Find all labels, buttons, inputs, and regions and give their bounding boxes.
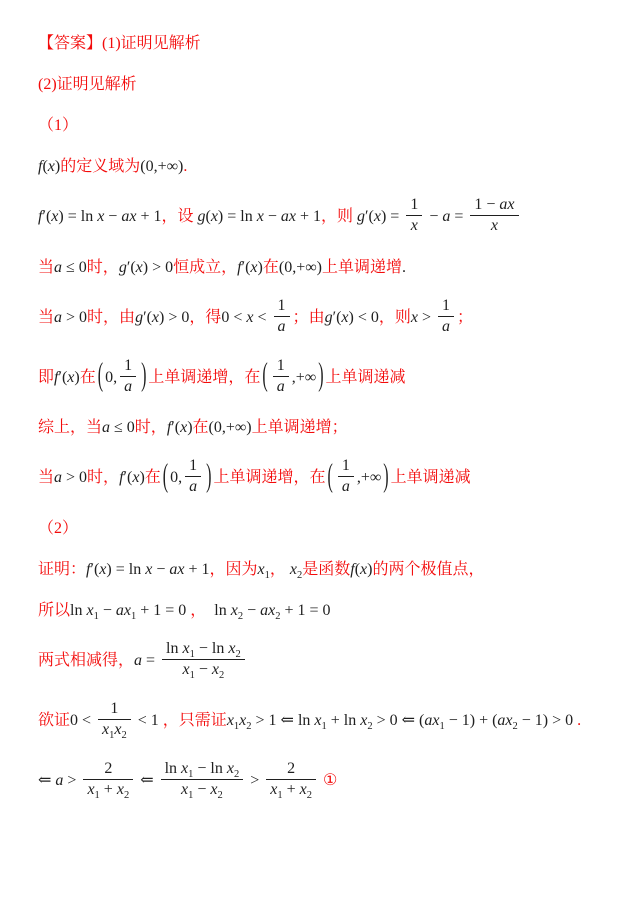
fraction-denominator: x1 − x2 xyxy=(161,780,244,799)
math-text-run: ax xyxy=(121,208,136,225)
math-text-run: − ln xyxy=(193,760,226,777)
solution-line-final-implication: ⇐ a > 2x1 + x2 ⇐ ln x1 − ln x2x1 − x2 > … xyxy=(38,762,614,801)
math-text-run: + 1 xyxy=(296,208,321,225)
label-text-run: 时， xyxy=(135,419,167,436)
label-text-run: ， xyxy=(186,602,206,619)
math-text-run: 1 xyxy=(410,196,418,213)
math-text-run: − 1) + ( xyxy=(445,712,498,729)
math-text-run: ) = ln xyxy=(106,561,145,578)
math-text-run: x xyxy=(231,602,238,619)
fraction-numerator: 1 xyxy=(273,357,289,377)
math-text-run: 1 xyxy=(189,457,197,474)
math-text-run: x xyxy=(411,217,418,234)
math-text-run: ax xyxy=(424,712,439,729)
math-text-run: ′( xyxy=(58,369,67,386)
label-text-run: 上单调递减 xyxy=(326,369,406,386)
fraction-numerator: 1 − ax xyxy=(470,196,518,216)
fraction-denominator: a xyxy=(338,477,354,496)
math-text-run: > xyxy=(246,772,263,789)
math-text-run: x xyxy=(290,561,297,578)
solution-line-domain-line: f(x)的定义域为(0,+∞). xyxy=(38,157,614,177)
fraction-numerator: 1 xyxy=(185,457,201,477)
math-text-run: x xyxy=(411,309,418,326)
math-text-run: ′( xyxy=(127,259,136,276)
big-paren: ( xyxy=(98,356,103,397)
math-text-run: < 1 xyxy=(134,712,159,729)
math-text-run: ⇐ xyxy=(38,772,55,789)
math-text-run: ax xyxy=(281,208,296,225)
math-text-run: − xyxy=(104,208,121,225)
math-text-run: ′( xyxy=(42,208,51,225)
math-text-run: 1 − xyxy=(474,196,499,213)
label-text-run: 即 xyxy=(38,369,54,386)
fraction: 1a xyxy=(273,357,289,396)
label-text-run: 所以 xyxy=(38,602,70,619)
label-text-run: 在 xyxy=(80,369,96,386)
math-text-run: x xyxy=(86,602,93,619)
solution-line-answer-header: 【答案】(1)证明见解析 xyxy=(38,34,614,54)
math-text-run: a xyxy=(54,309,62,326)
fraction: 2x1 + x2 xyxy=(83,760,133,799)
big-paren: ) xyxy=(383,457,388,498)
math-text-run: x xyxy=(491,217,498,234)
math-text-run: x xyxy=(250,259,257,276)
fraction-numerator: ln x1 − ln x2 xyxy=(161,760,244,780)
big-paren: ( xyxy=(327,457,332,498)
math-text-run: ax xyxy=(499,196,514,213)
math-text-run: 1 xyxy=(124,357,132,374)
subscript: 2 xyxy=(122,730,127,741)
math-text-run: − 1) > 0 xyxy=(518,712,573,729)
math-text-run: ′( xyxy=(365,208,374,225)
math-text-run: x xyxy=(314,712,321,729)
math-text-run: x xyxy=(48,158,55,175)
big-paren: ) xyxy=(141,356,146,397)
math-text-run: g xyxy=(357,208,365,225)
fraction-numerator: 2 xyxy=(266,760,316,780)
math-text-run: x xyxy=(227,712,234,729)
math-text-run: + 1 xyxy=(136,208,161,225)
math-text-run: 0 < xyxy=(70,712,95,729)
label-text-run: 是函数 xyxy=(302,561,350,578)
label-text-run: 当 xyxy=(38,309,54,326)
big-paren: ( xyxy=(163,457,168,498)
solution-line-proof-setup: 证明：f′(x) = ln x − ax + 1，因为x1， x2是函数f(x)… xyxy=(38,560,614,580)
solution-line-summary-a-gt-0: 当a > 0时，f′(x)在(0,1a)上单调递增，在(1a,+∞)上单调递减 xyxy=(38,459,614,498)
fraction-denominator: a xyxy=(274,317,290,336)
label-text-run: ， xyxy=(270,561,290,578)
math-text-run: 2 xyxy=(287,760,295,777)
fraction: 1a xyxy=(274,297,290,336)
math-text-run: a xyxy=(277,378,285,395)
math-text-run: + 1 = 0 xyxy=(136,602,186,619)
math-text-run: ,+∞ xyxy=(292,369,316,386)
math-text-run: < xyxy=(254,309,271,326)
math-text-run: ln xyxy=(70,602,86,619)
fraction-numerator: 1 xyxy=(98,700,131,720)
math-text-run: a xyxy=(278,318,286,335)
math-text-run: (0,+∞) xyxy=(140,158,183,175)
label-text-run: ； xyxy=(293,309,309,326)
math-text-run: x xyxy=(258,561,265,578)
fraction-denominator: x1 + x2 xyxy=(266,780,316,799)
math-text-run: a xyxy=(102,419,110,436)
label-text-run: 在 xyxy=(263,259,279,276)
label-text-run: 上单调递增 xyxy=(322,259,402,276)
math-text-run: g xyxy=(119,259,127,276)
math-text-run: ) > 0 xyxy=(159,309,189,326)
label-text-run: 上单调递减 xyxy=(391,470,471,487)
math-text-run: + ln xyxy=(327,712,360,729)
label-text-run: ，则 xyxy=(379,309,411,326)
label-text-run: 在 xyxy=(145,470,161,487)
math-text-run: ′( xyxy=(171,419,180,436)
math-text-run: x xyxy=(212,661,219,678)
math-text-run: ≤ 0 xyxy=(110,419,135,436)
fraction-denominator: x1x2 xyxy=(98,720,131,739)
label-text-run: 在 xyxy=(309,470,325,487)
math-text-run: x xyxy=(257,208,264,225)
math-text-run: 1 xyxy=(442,297,450,314)
solution-line-case-a-gt-0: 当a > 0时，由g′(x) > 0，得0 < x < 1a；由g′(x) < … xyxy=(38,299,614,338)
math-text-run: a xyxy=(342,478,350,495)
math-text-run: − xyxy=(264,208,281,225)
solution-line-monotonicity-intervals: 即f′(x)在(0,1a)上单调递增，在(1a,+∞)上单调递减 xyxy=(38,359,614,398)
math-text-run: a xyxy=(124,378,132,395)
math-text-run: 0 < xyxy=(221,309,246,326)
math-text-run: 1 xyxy=(278,297,286,314)
math-text-run: x xyxy=(210,781,217,798)
fraction-numerator: 1 xyxy=(406,196,422,216)
fraction-numerator: 1 xyxy=(120,357,136,377)
math-text-run: x xyxy=(211,208,218,225)
solution-line-part1-label: （1） xyxy=(38,116,614,136)
math-text-run: x xyxy=(300,781,307,798)
math-text-run: x xyxy=(374,208,381,225)
solution-line-derivative-line: f′(x) = ln x − ax + 1，设 g(x) = ln x − ax… xyxy=(38,198,614,237)
label-text-run: 综上，当 xyxy=(38,419,102,436)
math-text-run: g xyxy=(135,309,143,326)
math-text-run: − xyxy=(193,781,210,798)
math-text-run: − xyxy=(243,602,260,619)
fraction-numerator: ln x1 − ln x2 xyxy=(162,640,245,660)
subscript: 2 xyxy=(234,769,239,780)
math-text-run: = xyxy=(142,652,159,669)
label-text-run: 的两个极值点， xyxy=(372,561,484,578)
math-text-run: x xyxy=(246,309,253,326)
math-text-run: ) < 0 xyxy=(349,309,379,326)
math-text-run: a xyxy=(54,259,62,276)
math-text-run: 1 xyxy=(277,357,285,374)
math-text-run: a xyxy=(134,652,142,669)
label-text-run: ； xyxy=(457,309,473,326)
big-paren: ) xyxy=(206,457,211,498)
math-text-run: ⇐ xyxy=(136,772,157,789)
fraction-denominator: x1 − x2 xyxy=(162,660,245,679)
math-text-run: x xyxy=(87,781,94,798)
fraction: 1a xyxy=(438,297,454,336)
math-text-run: ax xyxy=(169,561,184,578)
math-text-run: > xyxy=(63,772,80,789)
fraction-numerator: 1 xyxy=(274,297,290,317)
subscript: 2 xyxy=(124,790,129,801)
label-text-run: 上单调递增， xyxy=(213,470,309,487)
solution-line-subtract-equations: 两式相减得，a = ln x1 − ln x2x1 − x2 xyxy=(38,642,614,681)
subscript: 2 xyxy=(219,670,224,681)
subscript: 2 xyxy=(307,790,312,801)
math-text-run: ln xyxy=(166,640,182,657)
fraction-denominator: a xyxy=(273,377,289,396)
label-text-run: 欲证 xyxy=(38,712,70,729)
fraction: 1a xyxy=(185,457,201,496)
math-text-run: x xyxy=(152,309,159,326)
label-text-run: 时， xyxy=(87,470,119,487)
math-text-run: − ln xyxy=(195,640,228,657)
label-text-run: （1） xyxy=(38,117,78,134)
label-text-run: 当 xyxy=(38,259,54,276)
label-text-run: 上单调递增，在 xyxy=(148,369,260,386)
fraction: ln x1 − ln x2x1 − x2 xyxy=(162,640,245,679)
math-text-run: = xyxy=(450,208,467,225)
solution-line-want-to-prove: 欲证0 < 1x1x2 < 1 ，只需证x1x2 > 1 ⇐ ln x1 + l… xyxy=(38,702,614,741)
fraction-denominator: x xyxy=(406,216,422,235)
fraction: 1 − axx xyxy=(470,196,518,235)
math-text-run: x xyxy=(117,781,124,798)
math-text-run: ax xyxy=(497,712,512,729)
math-text-run: − xyxy=(152,561,169,578)
label-text-run: 证明： xyxy=(38,561,86,578)
math-text-run: ≤ 0 xyxy=(62,259,87,276)
math-text-run: ) = ln xyxy=(218,208,257,225)
math-text-run: ax xyxy=(260,602,275,619)
label-text-run: ，得 xyxy=(189,309,221,326)
label-text-run: 时， xyxy=(87,259,119,276)
solution-line-two-equations: 所以ln x1 − ax1 + 1 = 0 ， ln x2 − ax2 + 1 … xyxy=(38,601,614,621)
math-text-run: 0, xyxy=(170,470,182,487)
subscript: 2 xyxy=(218,790,223,801)
math-text-run: − xyxy=(195,661,212,678)
solution-line-answer-part2: (2)证明见解析 xyxy=(38,75,614,95)
math-text-run: a xyxy=(189,478,197,495)
math-text-run: x xyxy=(136,259,143,276)
math-text-run: x xyxy=(114,721,121,738)
math-text-run: (0,+∞) xyxy=(209,419,252,436)
label-text-run: 【答案】(1)证明见解析 xyxy=(38,35,201,52)
math-text-run: 2 xyxy=(104,760,112,777)
fraction: 1x xyxy=(406,196,422,235)
math-text-run: x xyxy=(227,760,234,777)
math-text-run: > xyxy=(418,309,435,326)
label-text-run: 由 xyxy=(309,309,325,326)
label-text-run: 时，由 xyxy=(87,309,135,326)
math-text-run: ax xyxy=(116,602,131,619)
label-text-run: ，只需证 xyxy=(159,712,227,729)
fraction-numerator: 2 xyxy=(83,760,133,780)
math-text-run: 1 xyxy=(342,457,350,474)
math-text-run: + 1 xyxy=(184,561,209,578)
fraction: 2x1 + x2 xyxy=(266,760,316,799)
solution-line-case-a-le-0: 当a ≤ 0时，g′(x) > 0恒成立，f′(x)在(0,+∞)上单调递增. xyxy=(38,258,614,278)
math-text-run: a xyxy=(54,470,62,487)
label-text-run: 上单调递增； xyxy=(252,419,348,436)
solution-line-part2-label: （2） xyxy=(38,519,614,539)
fraction-denominator: a xyxy=(185,477,201,496)
label-text-run: ，则 xyxy=(321,208,357,225)
label-text-run: ，因为 xyxy=(209,561,257,578)
label-text-run: . xyxy=(183,158,187,175)
math-text-run: + 1 = 0 xyxy=(280,602,330,619)
math-solution-document: 【答案】(1)证明见解析(2)证明见解析（1）f(x)的定义域为(0,+∞).f… xyxy=(0,0,642,907)
fraction: 1a xyxy=(120,357,136,396)
fraction-numerator: 1 xyxy=(338,457,354,477)
label-text-run: （2） xyxy=(38,520,78,537)
math-text-run: > 0 ⇐ ( xyxy=(373,712,425,729)
fraction: ln x1 − ln x2x1 − x2 xyxy=(161,760,244,799)
math-text-run: ) = ln xyxy=(58,208,97,225)
math-text-run: + xyxy=(100,781,117,798)
subscript: 2 xyxy=(235,649,240,660)
math-text-run: > 1 ⇐ ln xyxy=(252,712,315,729)
math-text-run: a xyxy=(442,318,450,335)
fraction-denominator: a xyxy=(438,317,454,336)
math-text-run: > 0 xyxy=(62,470,87,487)
big-paren: ( xyxy=(262,356,267,397)
math-text-run: x xyxy=(182,661,189,678)
fraction: 1x1x2 xyxy=(98,700,131,739)
fraction-denominator: x xyxy=(470,216,518,235)
math-text-run: − xyxy=(99,602,116,619)
math-text-run: (0,+∞) xyxy=(279,259,322,276)
document-body: 【答案】(1)证明见解析(2)证明见解析（1）f(x)的定义域为(0,+∞).f… xyxy=(38,34,614,801)
math-text-run: x xyxy=(341,309,348,326)
math-text-run: ln xyxy=(206,602,230,619)
math-text-run: > 0 xyxy=(62,309,87,326)
math-text-run: ′( xyxy=(90,561,99,578)
label-text-run: . xyxy=(573,712,581,729)
label-text-run: 当 xyxy=(38,470,54,487)
math-text-run: ) = xyxy=(381,208,403,225)
label-text-run: 在 xyxy=(193,419,209,436)
label-text-run: ① xyxy=(319,772,337,789)
label-text-run: 的定义域为 xyxy=(60,158,140,175)
math-text-run: ln xyxy=(165,760,181,777)
label-text-run: (2)证明见解析 xyxy=(38,76,137,93)
math-text-run: + xyxy=(283,781,300,798)
math-text-run: − xyxy=(425,208,442,225)
math-text-run: g xyxy=(325,309,333,326)
solution-line-summary-a-le-0: 综上，当a ≤ 0时，f′(x)在(0,+∞)上单调递增； xyxy=(38,418,614,438)
math-text-run: ) > 0 xyxy=(143,259,173,276)
label-text-run: 两式相减得， xyxy=(38,652,134,669)
math-text-run: 0, xyxy=(105,369,117,386)
fraction-numerator: 1 xyxy=(438,297,454,317)
label-text-run: ，设 xyxy=(161,208,197,225)
big-paren: ) xyxy=(318,356,323,397)
math-text-run: 1 xyxy=(110,700,118,717)
label-text-run: 恒成立， xyxy=(173,259,237,276)
fraction-denominator: x1 + x2 xyxy=(83,780,133,799)
fraction-denominator: a xyxy=(120,377,136,396)
math-text-run: ′( xyxy=(143,309,152,326)
math-text-run: ,+∞ xyxy=(357,470,381,487)
fraction: 1a xyxy=(338,457,354,496)
math-text-run: x xyxy=(183,640,190,657)
math-text-run: . xyxy=(402,259,406,276)
